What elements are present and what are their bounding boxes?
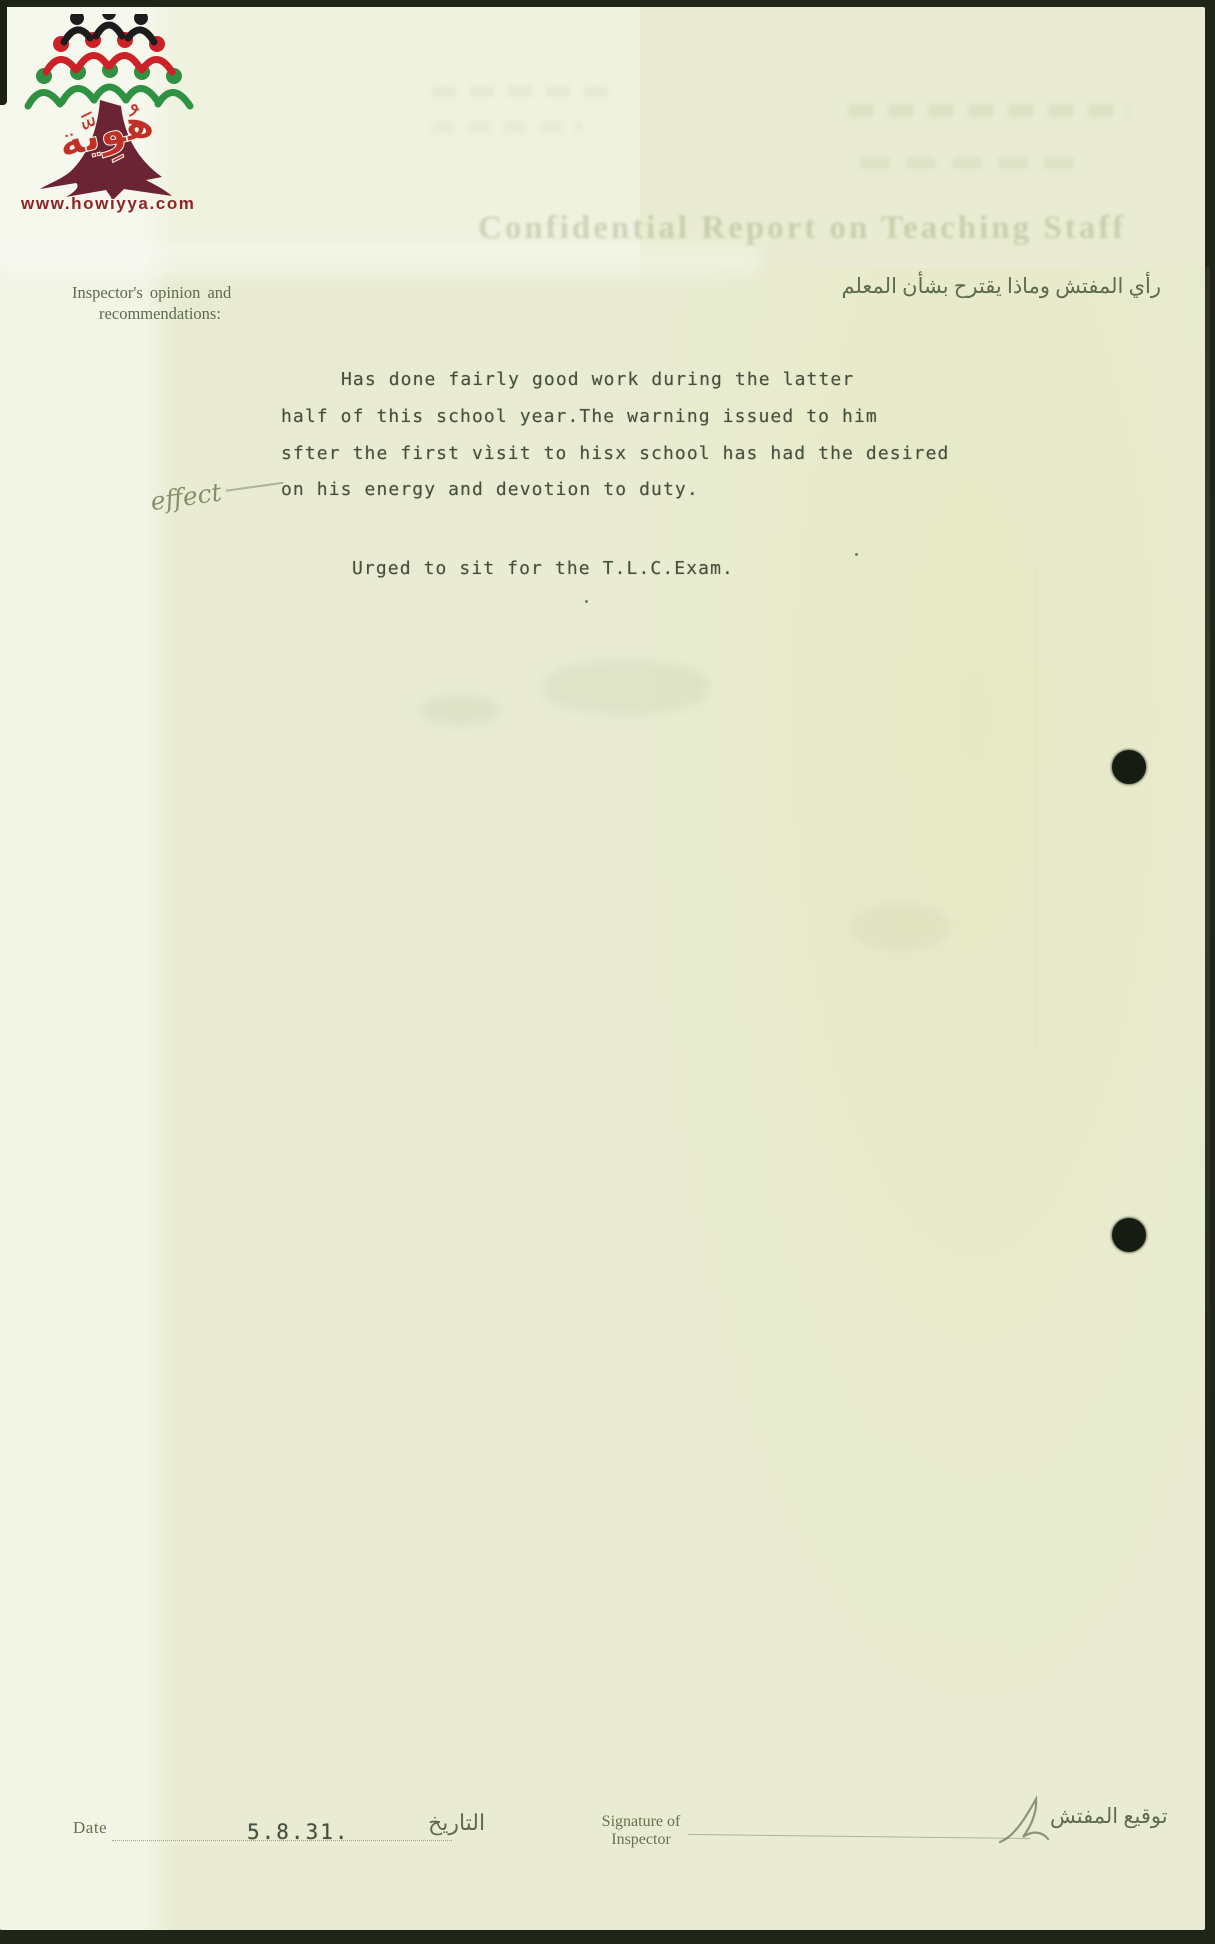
date-label: Date — [73, 1818, 107, 1838]
signature-label: Signature of Inspector — [575, 1813, 707, 1848]
scanned-document-page: هُوِيَّة www.howiyya.com Confidential Re… — [0, 0, 1215, 1944]
pencil-smudge — [850, 905, 950, 950]
pencil-smudge — [420, 695, 500, 725]
logo-figures-black — [64, 25, 154, 42]
opinion-line2: half of this school year.The warning iss… — [281, 399, 991, 436]
opinion-label-line1: Inspector's opinion and — [72, 282, 248, 303]
scanner-edge-left — [0, 0, 7, 105]
logo-site-url: www.howiyya.com — [21, 194, 196, 214]
margin-note-stroke — [226, 482, 284, 492]
opinion-label: Inspector's opinion and recommendations: — [72, 282, 248, 324]
opinion-line4: on his energy and devotion to duty. — [281, 472, 991, 509]
hole-punch-bottom — [1112, 1218, 1146, 1252]
signature-label-line1: Signature of — [575, 1813, 707, 1831]
pencil-smudge — [540, 660, 710, 715]
opinion-line1: Has done fairly good work during the lat… — [281, 362, 991, 399]
howiyya-logo: هُوِيَّة — [20, 14, 200, 199]
ink-speck — [585, 600, 588, 603]
date-value: 5.8.31. — [247, 1820, 350, 1844]
opinion-paragraph: Has done fairly good work during the lat… — [281, 362, 991, 509]
inspector-signature-mark — [996, 1795, 1052, 1847]
date-label-arabic: التاريخ — [428, 1810, 485, 1836]
opinion-label-line2: recommendations: — [72, 303, 248, 324]
paper-crease — [1036, 567, 1037, 1047]
bleedthrough-marks — [432, 86, 608, 97]
signature-label-arabic: توقيع المفتش — [1050, 1804, 1168, 1829]
opinion-label-arabic: رأي المفتش وماذا يقترح بشأن المعلم — [841, 274, 1161, 299]
bleedthrough-marks — [848, 104, 1130, 117]
bleedthrough-marks — [432, 122, 582, 133]
bleedthrough-marks — [860, 157, 1076, 169]
opinion-line3: sfter the first vìsit to hisx school has… — [281, 436, 991, 473]
exam-recommendation-line: Urged to sit for the T.L.C.Exam. — [352, 558, 734, 579]
hole-punch-top — [1112, 750, 1146, 784]
bleedthrough-title: Confidential Report on Teaching Staff — [478, 210, 1126, 247]
scan-light-band-mid — [0, 245, 760, 279]
ink-speck — [855, 553, 858, 556]
